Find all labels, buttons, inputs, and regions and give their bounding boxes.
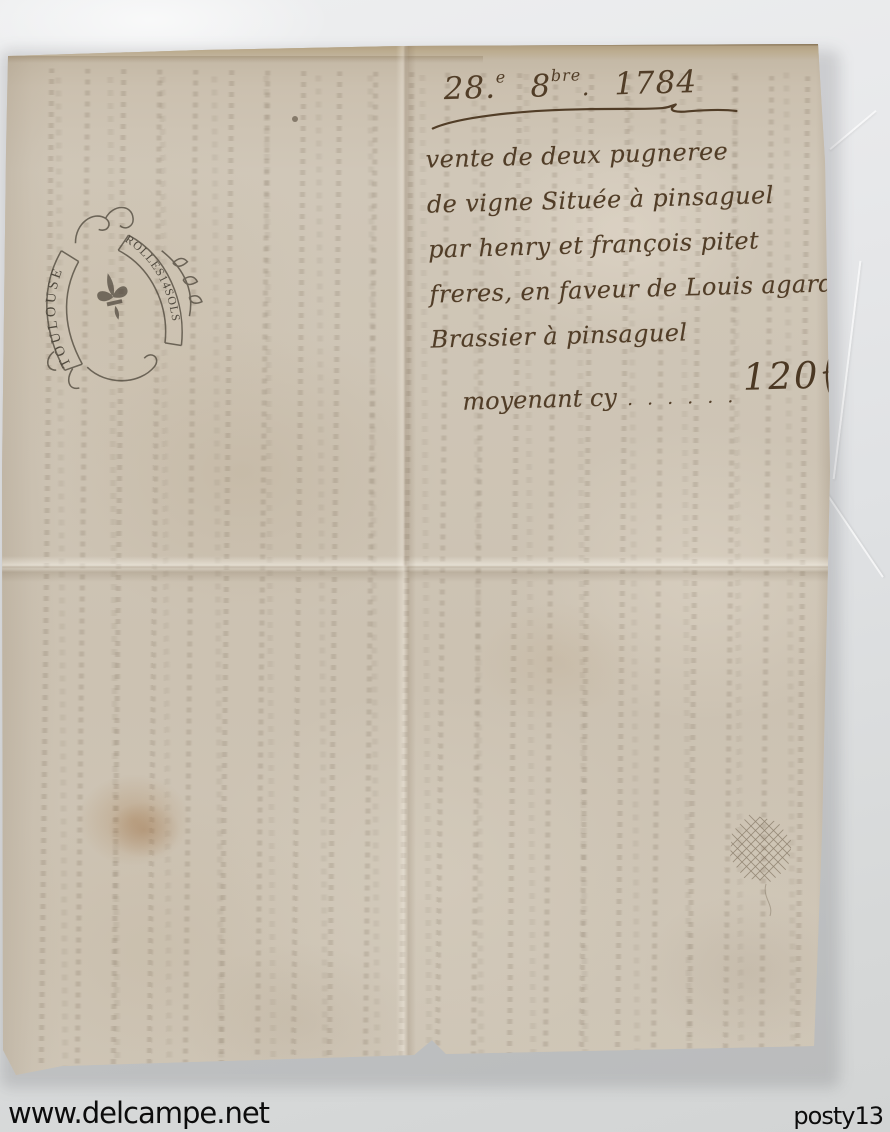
- stamp-left-banner-text: TOULOUSE: [31, 261, 88, 371]
- watermark-posty13: posty13: [793, 1102, 883, 1130]
- stain: [472, 602, 642, 722]
- horizontal-fold-line: [2, 566, 832, 568]
- date-year: 1784: [614, 64, 698, 102]
- svg-text:ROLLES14SOLS: ROLLES14SOLS: [121, 225, 185, 331]
- fleur-de-lis-icon: [93, 270, 134, 323]
- dotted-leaders: . . . . . .: [627, 385, 738, 410]
- manuscript-text-block: 28.e8bre.1784 vente de deux pugneree de …: [423, 60, 837, 419]
- crosshatch-doodle: [720, 810, 806, 920]
- date-month-dot: .: [581, 73, 590, 101]
- date-day-suffix: e: [495, 67, 506, 86]
- photo-scene: TOULOUSE ROLLES14SOLS 28.e8bre.1784 vent…: [0, 0, 890, 1132]
- date-line: 28.e8bre.1784: [423, 60, 828, 107]
- tax-stamp: TOULOUSE ROLLES14SOLS: [7, 182, 224, 404]
- amount-label: moyenant cy: [462, 383, 617, 415]
- date-day: 28.: [443, 70, 496, 107]
- stain: [108, 802, 180, 858]
- document-paper: TOULOUSE ROLLES14SOLS 28.e8bre.1784 vent…: [2, 42, 832, 1084]
- date-month-suffix: bre: [551, 65, 582, 85]
- svg-text:TOULOUSE: TOULOUSE: [31, 261, 88, 371]
- horizontal-fold-crease: [2, 556, 832, 582]
- watermark-delcampe: www.delcampe.net: [8, 1096, 269, 1130]
- vertical-fold-line: [404, 46, 407, 566]
- stamp-right-banner-text: ROLLES14SOLS: [121, 225, 185, 331]
- date-month: 8: [530, 68, 552, 105]
- amount-value: 120: [742, 354, 820, 399]
- ink-speck: [292, 116, 298, 122]
